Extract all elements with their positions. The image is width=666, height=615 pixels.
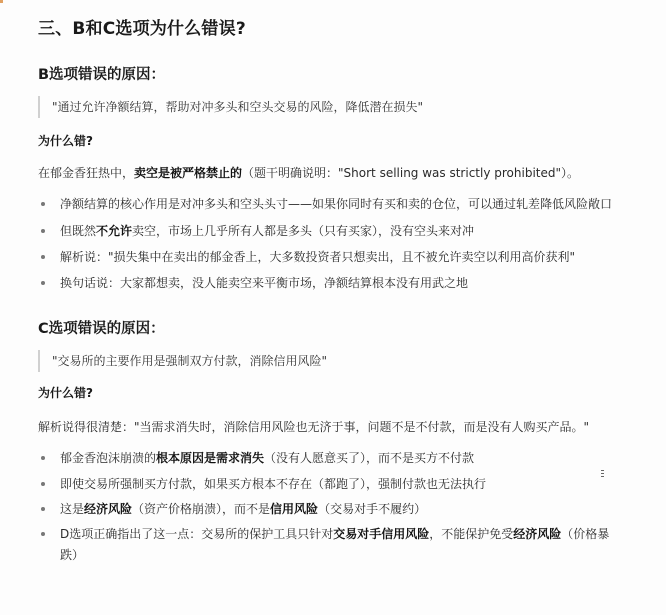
list-item-bold-text: 不允许	[96, 224, 132, 238]
list-item-text: 这是	[60, 502, 84, 516]
option-c-quote-text: "交易所的主要作用是强制双方付款，消除信用风险"	[52, 352, 327, 370]
list-item-text: 郁金香泡沫崩溃的	[60, 451, 156, 465]
list-item-text: ，不能保护免受	[429, 527, 513, 541]
option-c-why-heading: 为什么错?	[38, 384, 638, 402]
option-b-paragraph: 在郁金香狂热中，卖空是被严格禁止的（题干明确说明："Short selling …	[38, 164, 638, 182]
list-item-text: （没有人愿意买了），而不是买方不付款	[264, 451, 474, 465]
bullet-icon	[41, 202, 45, 206]
list-item: 解析说："损失集中在卖出的郁金香上，大多数投资者只想卖出，且不被允许卖空以利用高…	[38, 247, 615, 268]
option-b-why-heading: 为什么错?	[38, 132, 638, 150]
list-item-text: 解析说："损失集中在卖出的郁金香上，大多数投资者只想卖出，且不被允许卖空以利用高…	[60, 250, 575, 264]
window-corner-icon	[0, 0, 3, 3]
list-item-text: （资产价格崩溃），而不是	[132, 502, 270, 516]
option-c-quote: "交易所的主要作用是强制双方付款，消除信用风险"	[38, 350, 638, 372]
list-item: 换句话说：大家都想卖，没人能卖空来平衡市场，净额结算根本没有用武之地	[38, 273, 615, 294]
section-title: 三、B和C选项为什么错误?	[38, 14, 638, 44]
list-item-text: 净额结算的核心作用是对冲多头和空头头寸——如果你同时有买和卖的仓位，可以通过轧差…	[60, 197, 612, 211]
list-item-bold-text: 经济风险	[513, 527, 561, 541]
list-item: 郁金香泡沫崩溃的根本原因是需求消失（没有人愿意买了），而不是买方不付款	[38, 448, 615, 469]
option-c-heading: C选项错误的原因：	[38, 318, 638, 340]
bullet-icon	[41, 229, 45, 233]
bullet-icon	[41, 532, 45, 536]
bullet-icon	[41, 456, 45, 460]
para-text: （题干明确说明："Short selling was strictly proh…	[242, 166, 579, 180]
bullet-icon	[41, 482, 45, 486]
option-b-section: B选项错误的原因： "通过允许净额结算，帮助对冲多头和空头交易的风险，降低潜在损…	[38, 64, 638, 294]
list-item: 这是经济风险（资产价格崩溃），而不是信用风险（交易对手不履约）	[38, 499, 615, 520]
scroll-marker-icon	[601, 470, 604, 482]
option-b-heading: B选项错误的原因：	[38, 64, 638, 86]
list-item: 即使交易所强制买方付款，如果买方根本不存在（都跑了），强制付款也无法执行	[38, 474, 615, 495]
list-item-bold-text: 根本原因是需求消失	[156, 451, 264, 465]
list-item: D选项正确指出了这一点：交易所的保护工具只针对交易对手信用风险，不能保护免受经济…	[38, 524, 615, 566]
option-b-quote: "通过允许净额结算，帮助对冲多头和空头交易的风险，降低潜在损失"	[38, 96, 638, 118]
option-c-paragraph: 解析说得很清楚："当需求消失时，消除信用风险也无济于事，问题不是不付款，而是没有…	[38, 418, 638, 436]
list-item-text: 换句话说：大家都想卖，没人能卖空来平衡市场，净额结算根本没有用武之地	[60, 276, 468, 290]
list-item: 但既然不允许卖空，市场上几乎所有人都是多头（只有买家），没有空头来对冲	[38, 221, 615, 242]
list-item: 净额结算的核心作用是对冲多头和空头头寸——如果你同时有买和卖的仓位，可以通过轧差…	[38, 194, 615, 215]
option-b-bullet-list: 净额结算的核心作用是对冲多头和空头头寸——如果你同时有买和卖的仓位，可以通过轧差…	[38, 194, 638, 294]
list-item-text: 即使交易所强制买方付款，如果买方根本不存在（都跑了），强制付款也无法执行	[60, 477, 486, 491]
list-item-bold-text: 信用风险	[270, 502, 318, 516]
list-item-bold-text: 经济风险	[84, 502, 132, 516]
list-item-bold-text: 交易对手信用风险	[333, 527, 429, 541]
document-body: 三、B和C选项为什么错误? B选项错误的原因： "通过允许净额结算，帮助对冲多头…	[38, 14, 638, 566]
option-c-section: C选项错误的原因： "交易所的主要作用是强制双方付款，消除信用风险" 为什么错?…	[38, 318, 638, 566]
list-item-text: （交易对手不履约）	[318, 502, 426, 516]
list-item-text: D选项正确指出了这一点：交易所的保护工具只针对	[60, 527, 333, 541]
bullet-icon	[41, 255, 45, 259]
list-item-text: 卖空，市场上几乎所有人都是多头（只有买家），没有空头来对冲	[132, 224, 474, 238]
para-bold-text: 卖空是被严格禁止的	[134, 166, 242, 180]
list-item-text: 但既然	[60, 224, 96, 238]
bullet-icon	[41, 281, 45, 285]
option-b-quote-text: "通过允许净额结算，帮助对冲多头和空头交易的风险，降低潜在损失"	[52, 98, 423, 116]
bullet-icon	[41, 507, 45, 511]
para-text: 在郁金香狂热中，	[38, 166, 134, 180]
option-c-bullet-list: 郁金香泡沫崩溃的根本原因是需求消失（没有人愿意买了），而不是买方不付款 即使交易…	[38, 448, 638, 566]
